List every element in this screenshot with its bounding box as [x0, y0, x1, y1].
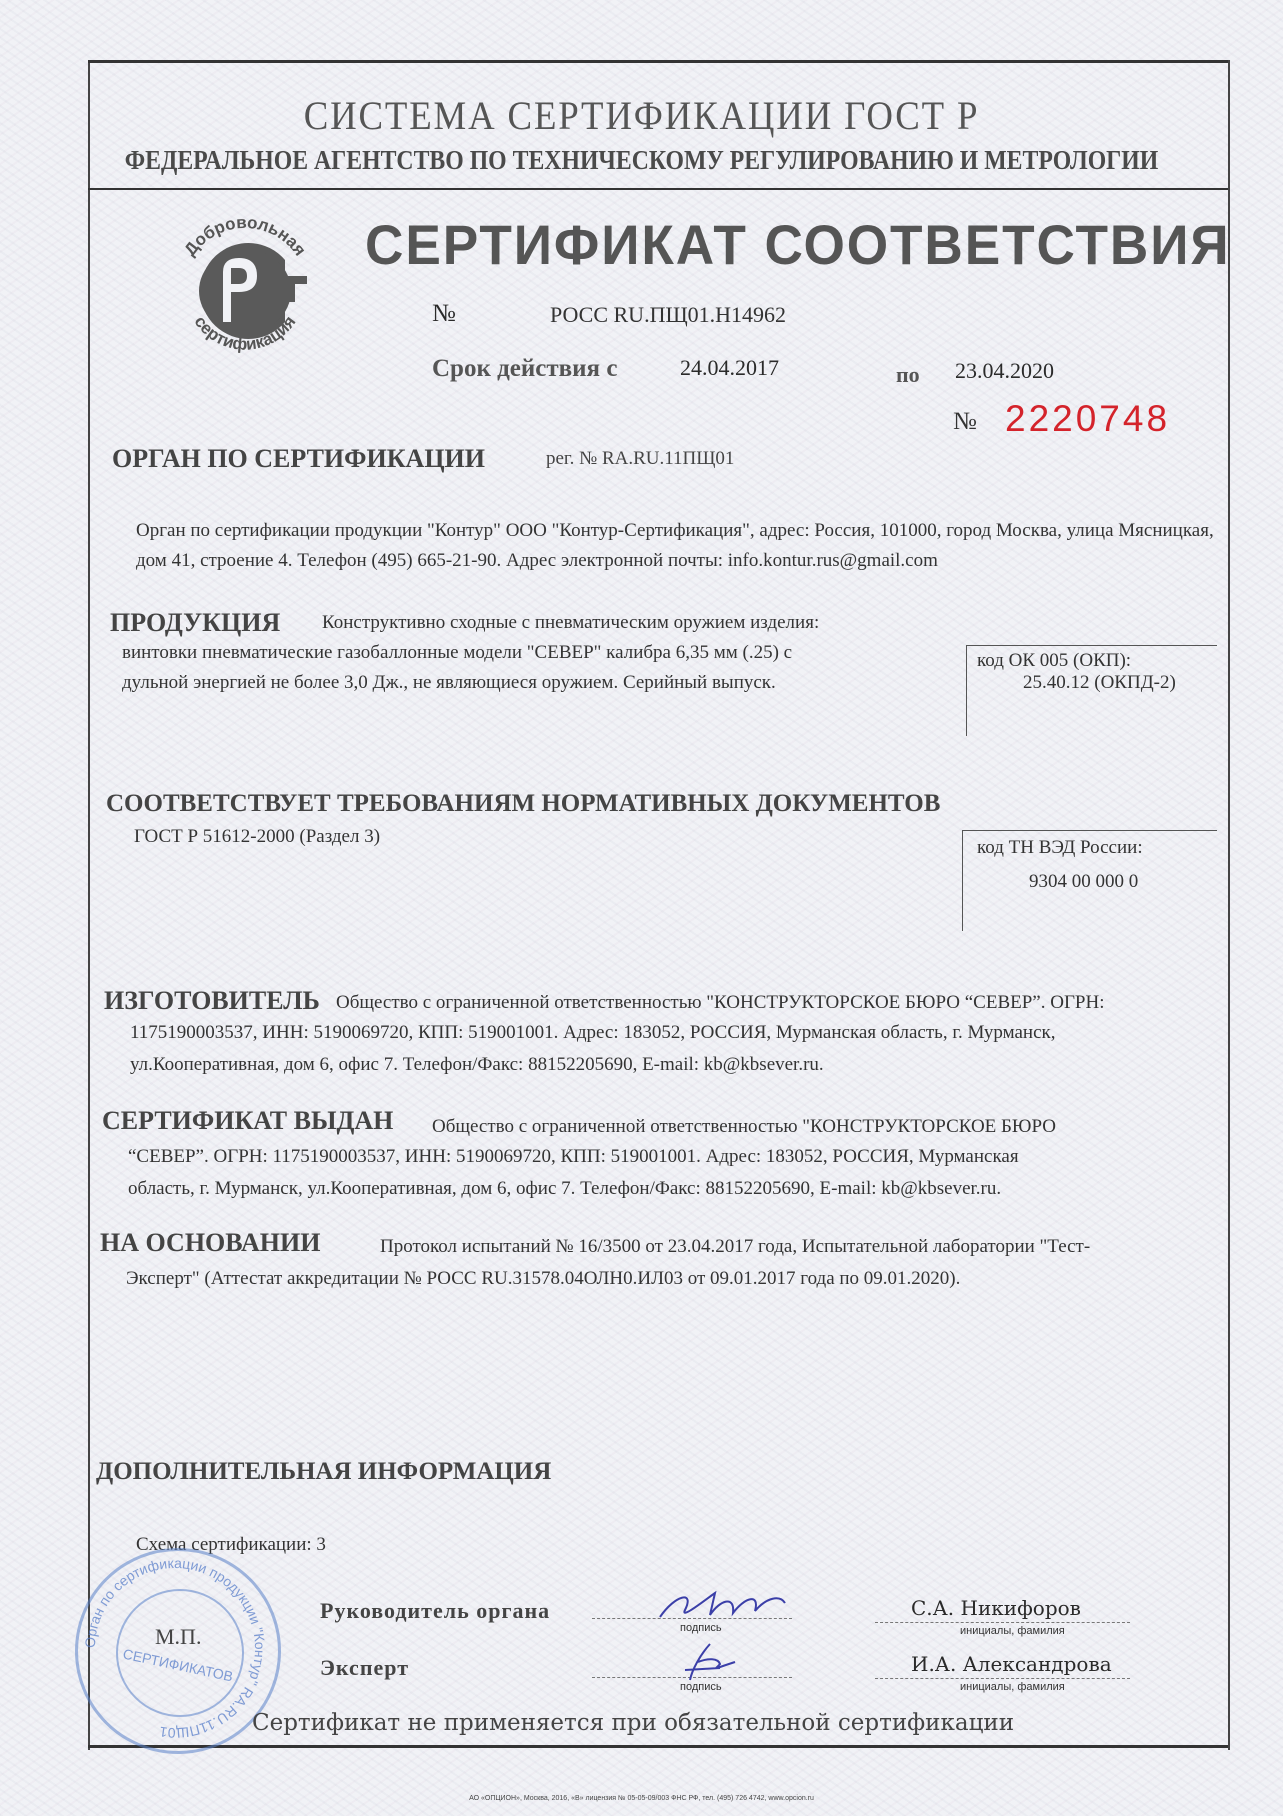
valid-from-date: 24.04.2017	[680, 355, 779, 381]
expert-signature	[680, 1640, 740, 1685]
official-stamp: Орган по сертификации продукции "Контур"…	[75, 1548, 281, 1754]
okp-code-label: код ОК 005 (ОКП):	[977, 650, 1131, 672]
conformity-heading: СООТВЕТСТВУЕТ ТРЕБОВАНИЯМ НОРМАТИВНЫХ ДО…	[106, 790, 940, 818]
head-name-line	[875, 1622, 1130, 1623]
valid-to-label: по	[896, 362, 920, 388]
valid-to-date: 23.04.2020	[955, 358, 1054, 384]
basis-heading: НА ОСНОВАНИИ	[100, 1228, 320, 1258]
head-name: С.А. Никифоров	[911, 1596, 1081, 1620]
issued-to-line-1: Общество с ограниченной ответственностью…	[432, 1112, 1056, 1142]
manufacturer-line-3: ул.Кооперативная, дом 6, офис 7. Телефон…	[130, 1050, 824, 1080]
expert-name-caption: инициалы, фамилия	[960, 1681, 1065, 1693]
basis-line-1: Протокол испытаний № 16/3500 от 23.04.20…	[380, 1232, 1090, 1262]
expert-signature-caption: подпись	[680, 1681, 722, 1693]
certificate-title: СЕРТИФИКАТ СООТВЕТСТВИЯ	[365, 212, 1231, 277]
certificate-number: РОСС RU.ПЩ01.Н14962	[550, 302, 786, 328]
seal-place-label: М.П.	[155, 1624, 201, 1650]
product-line-1: Конструктивно сходные с пневматическим о…	[322, 608, 819, 638]
tnved-code-box: код ТН ВЭД России: 9304 00 000 0	[962, 830, 1217, 931]
issued-to-line-3: область, г. Мурманск, ул.Кооперативная, …	[128, 1174, 1001, 1204]
printer-info: АО «ОПЦИОН», Москва, 2016, «В» лицензия …	[0, 1795, 1283, 1802]
expert-name-line	[875, 1678, 1130, 1679]
manufacturer-heading: ИЗГОТОВИТЕЛЬ	[104, 986, 320, 1016]
okp-code-box: код ОК 005 (ОКП): 25.40.12 (ОКПД-2)	[966, 645, 1217, 736]
standard-reference: ГОСТ Р 51612-2000 (Раздел 3)	[134, 822, 380, 852]
top-border	[88, 60, 1228, 63]
basis-line-2: Эксперт" (Аттестат аккредитации № РОСС R…	[126, 1264, 960, 1294]
product-line-2: винтовки пневматические газобаллонные мо…	[122, 638, 792, 668]
certification-body-heading: ОРГАН ПО СЕРТИФИКАЦИИ	[112, 444, 485, 474]
manufacturer-line-2: 1175190003537, ИНН: 5190069720, КПП: 519…	[130, 1018, 1056, 1048]
registration-number: рег. № RA.RU.11ПЩ01	[546, 448, 734, 470]
voluntary-notice: Сертификат не применяется при обязательн…	[252, 1710, 1014, 1736]
certificate-number-label: №	[432, 300, 456, 328]
head-signature	[655, 1585, 795, 1625]
tnved-code-label: код ТН ВЭД России:	[977, 837, 1143, 859]
head-name-caption: инициалы, фамилия	[960, 1625, 1065, 1637]
head-of-body-label: Руководитель органа	[320, 1598, 550, 1624]
okp-code-value: 25.40.12 (ОКПД-2)	[1023, 672, 1176, 694]
issued-to-heading: СЕРТИФИКАТ ВЫДАН	[102, 1106, 393, 1136]
rst-logo: Добровольная сертификация	[165, 210, 325, 370]
additional-info-heading: ДОПОЛНИТЕЛЬНАЯ ИНФОРМАЦИЯ	[96, 1458, 551, 1486]
manufacturer-line-1: Общество с ограниченной ответственностью…	[336, 988, 1105, 1018]
blank-serial-number: 2220748	[1005, 398, 1170, 440]
agency-name: ФЕДЕРАЛЬНОЕ АГЕНТСТВО ПО ТЕХНИЧЕСКОМУ РЕ…	[77, 145, 1206, 176]
header-divider	[88, 188, 1228, 190]
system-title: СИСТЕМА СЕРТИФИКАЦИИ ГОСТ Р	[51, 92, 1231, 139]
head-signature-caption: подпись	[680, 1622, 722, 1634]
certification-body-details: Орган по сертификации продукции "Контур"…	[136, 516, 1226, 576]
issued-to-line-2: “СЕВЕР”. ОГРН: 1175190003537, ИНН: 51900…	[128, 1142, 1019, 1172]
expert-label: Эксперт	[320, 1655, 409, 1681]
tnved-code-value: 9304 00 000 0	[1029, 871, 1138, 893]
product-line-3: дульной энергией не более 3,0 Дж., не яв…	[122, 668, 776, 698]
expert-name: И.А. Александрова	[911, 1652, 1112, 1676]
blank-number-label: №	[953, 408, 977, 436]
product-heading: ПРОДУКЦИЯ	[110, 608, 280, 638]
certificate-page: СИСТЕМА СЕРТИФИКАЦИИ ГОСТ Р ФЕДЕРАЛЬНОЕ …	[0, 0, 1283, 1816]
validity-label: Срок действия с	[432, 355, 617, 383]
